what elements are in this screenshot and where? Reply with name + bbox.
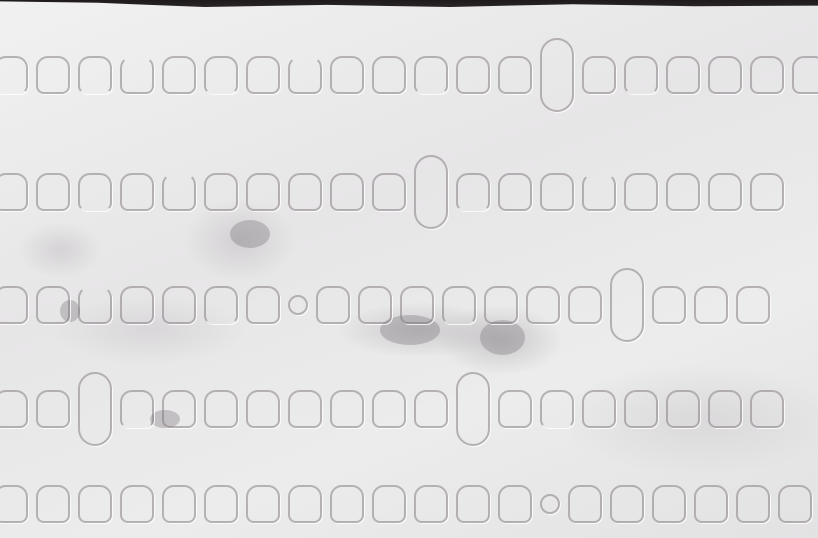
stone-top-edge (0, 0, 818, 7)
inscription-line-3 (0, 268, 778, 342)
inscription-line-5 (0, 485, 818, 523)
inscription-line-4 (0, 372, 792, 446)
inscription-line-2 (0, 155, 792, 229)
inscription-line-1 (0, 38, 818, 112)
inscribed-stone-photo (0, 0, 818, 538)
